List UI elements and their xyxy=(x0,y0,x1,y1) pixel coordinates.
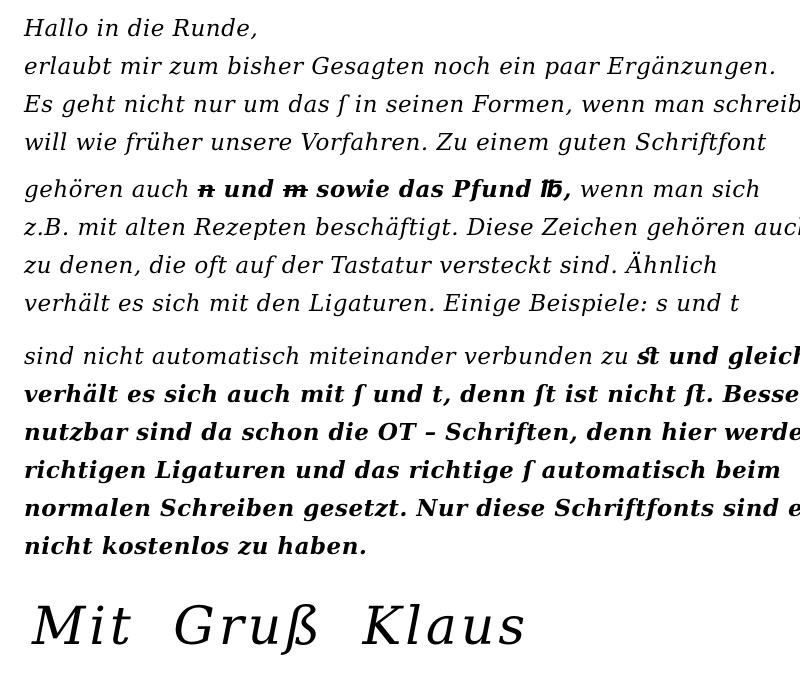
letter-line-segment: nutzbar sind da schon die OT – Schriften… xyxy=(24,419,800,446)
letter-line: nutzbar sind da schon die OT – Schriften… xyxy=(24,414,792,452)
letter-line-segment: richtigen Ligaturen und das richtige ſ a… xyxy=(24,457,781,484)
letter-line-segment-st-ligature: ﬆ und gleich xyxy=(637,343,800,370)
letter-line: z.B. mit alten Rezepten beschäftigt. Die… xyxy=(24,209,792,247)
handwritten-letter: Hallo in die Runde, erlaubt mir zum bish… xyxy=(0,0,800,681)
letter-line: Es geht nicht nur um das ſ in seinen For… xyxy=(24,86,792,124)
letter-line-segment: will wie früher unsere Vorfahren. Zu ein… xyxy=(24,130,767,156)
letter-line-segment: verhält es sich auch mit ſ und t, denn ſ… xyxy=(24,381,800,408)
letter-line-segment: gehören auch xyxy=(24,177,198,203)
letter-line-segment: zu denen, die oft auf der Tastatur verst… xyxy=(24,253,718,279)
letter-line-segment: erlaubt mir zum bisher Gesagten noch ein… xyxy=(24,54,777,80)
letter-line-segment: verhält es sich mit den Ligaturen. Einig… xyxy=(24,291,740,317)
letter-line-segment: nicht kostenlos zu haben. xyxy=(24,533,367,560)
letter-line-segment: sind nicht automatisch miteinander verbu… xyxy=(24,344,637,370)
letter-line: verhält es sich auch mit ſ und t, denn ſ… xyxy=(24,376,792,414)
letter-line-segment: Es geht nicht nur um das ſ in seinen For… xyxy=(24,92,800,118)
letter-line-segment: und xyxy=(215,176,283,203)
letter-line-segment: Hallo in die Runde, xyxy=(24,16,258,42)
letter-line-segment-emphasized-n: n xyxy=(198,176,215,203)
letter-line: richtigen Ligaturen und das richtige ſ a… xyxy=(24,452,792,490)
letter-line-segment-emphasized-m: m xyxy=(283,176,308,203)
letter-line: gehören auch n und m sowie das Pfund ℔, … xyxy=(24,171,792,209)
letter-line: normalen Schreiben gesetzt. Nur diese Sc… xyxy=(24,490,792,528)
letter-line: will wie früher unsere Vorfahren. Zu ein… xyxy=(24,124,792,162)
letter-line-segment: z.B. mit alten Rezepten beschäftigt. Die… xyxy=(24,215,800,241)
letter-line-segment-pfund-sign: sowie das Pfund ℔, xyxy=(308,176,572,203)
letter-line: nicht kostenlos zu haben. xyxy=(24,528,792,566)
signature: Mit Gruß Klaus xyxy=(32,592,792,662)
letter-line: erlaubt mir zum bisher Gesagten noch ein… xyxy=(24,48,792,86)
letter-line-segment: wenn man sich xyxy=(572,177,761,203)
letter-line: verhält es sich mit den Ligaturen. Einig… xyxy=(24,285,792,323)
letter-line: sind nicht automatisch miteinander verbu… xyxy=(24,338,792,376)
letter-line: zu denen, die oft auf der Tastatur verst… xyxy=(24,247,792,285)
letter-line-segment: normalen Schreiben gesetzt. Nur diese Sc… xyxy=(24,495,800,522)
letter-line: Hallo in die Runde, xyxy=(24,10,792,48)
